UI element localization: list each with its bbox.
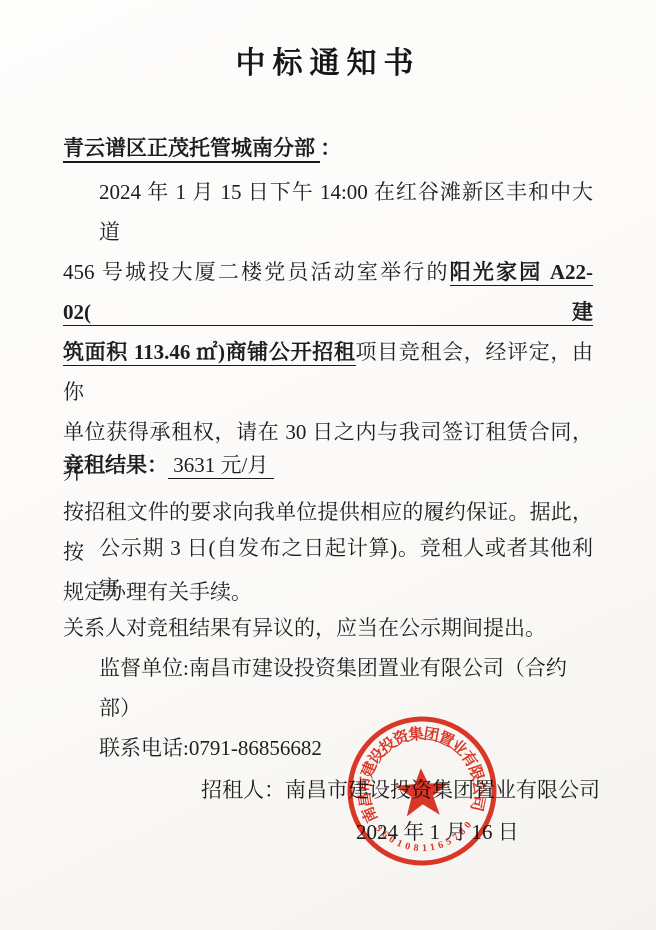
result-label: 竞租结果：: [63, 453, 168, 477]
supervisor-line: 监督单位:南昌市建设投资集团置业有限公司（合约部）: [63, 648, 593, 728]
notice-line-1: 公示期 3 日(自发布之日起计算)。竞租人或者其他利害: [63, 528, 593, 608]
body-line-3: 筑面积 113.46 ㎡)商铺公开招租项目竞租会，经评定，由你: [63, 332, 593, 412]
phone-line: 联系电话:0791-86856682: [63, 728, 593, 768]
body-line-1: 2024 年 1 月 15 日下午 14:00 在红谷滩新区丰和中大道: [63, 172, 593, 252]
notice-title: 中标通知书: [0, 38, 656, 82]
project-name-part-2: 筑面积 113.46 ㎡)商铺公开招租: [63, 340, 356, 366]
document-page: 中标通知书 青云谱区正茂托管城南分部 ： 2024 年 1 月 15 日下午 1…: [0, 0, 656, 930]
issue-date: 2024 年 1 月 16 日: [356, 812, 519, 852]
body-line-2-text: 456 号城投大厦二楼党员活动室举行的: [63, 260, 450, 284]
notice-line-2: 关系人对竞租结果有异议的，应当在公示期间提出。: [63, 608, 593, 648]
recipient-line: 青云谱区正茂托管城南分部 ：: [63, 128, 593, 168]
body-line-2: 456 号城投大厦二楼党员活动室举行的阳光家园 A22-02(建: [63, 252, 593, 332]
notice-paragraph: 公示期 3 日(自发布之日起计算)。竞租人或者其他利害 关系人对竞租结果有异议的…: [63, 528, 593, 768]
recipient-name: 青云谱区正茂托管城南分部: [63, 136, 320, 163]
recipient-colon: ：: [320, 136, 341, 160]
result-value: 3631 元/月: [168, 453, 274, 479]
result-line: 竞租结果： 3631 元/月: [63, 445, 593, 485]
issuer-line: 招租人：南昌市建设投资集团置业有限公司: [201, 770, 600, 810]
